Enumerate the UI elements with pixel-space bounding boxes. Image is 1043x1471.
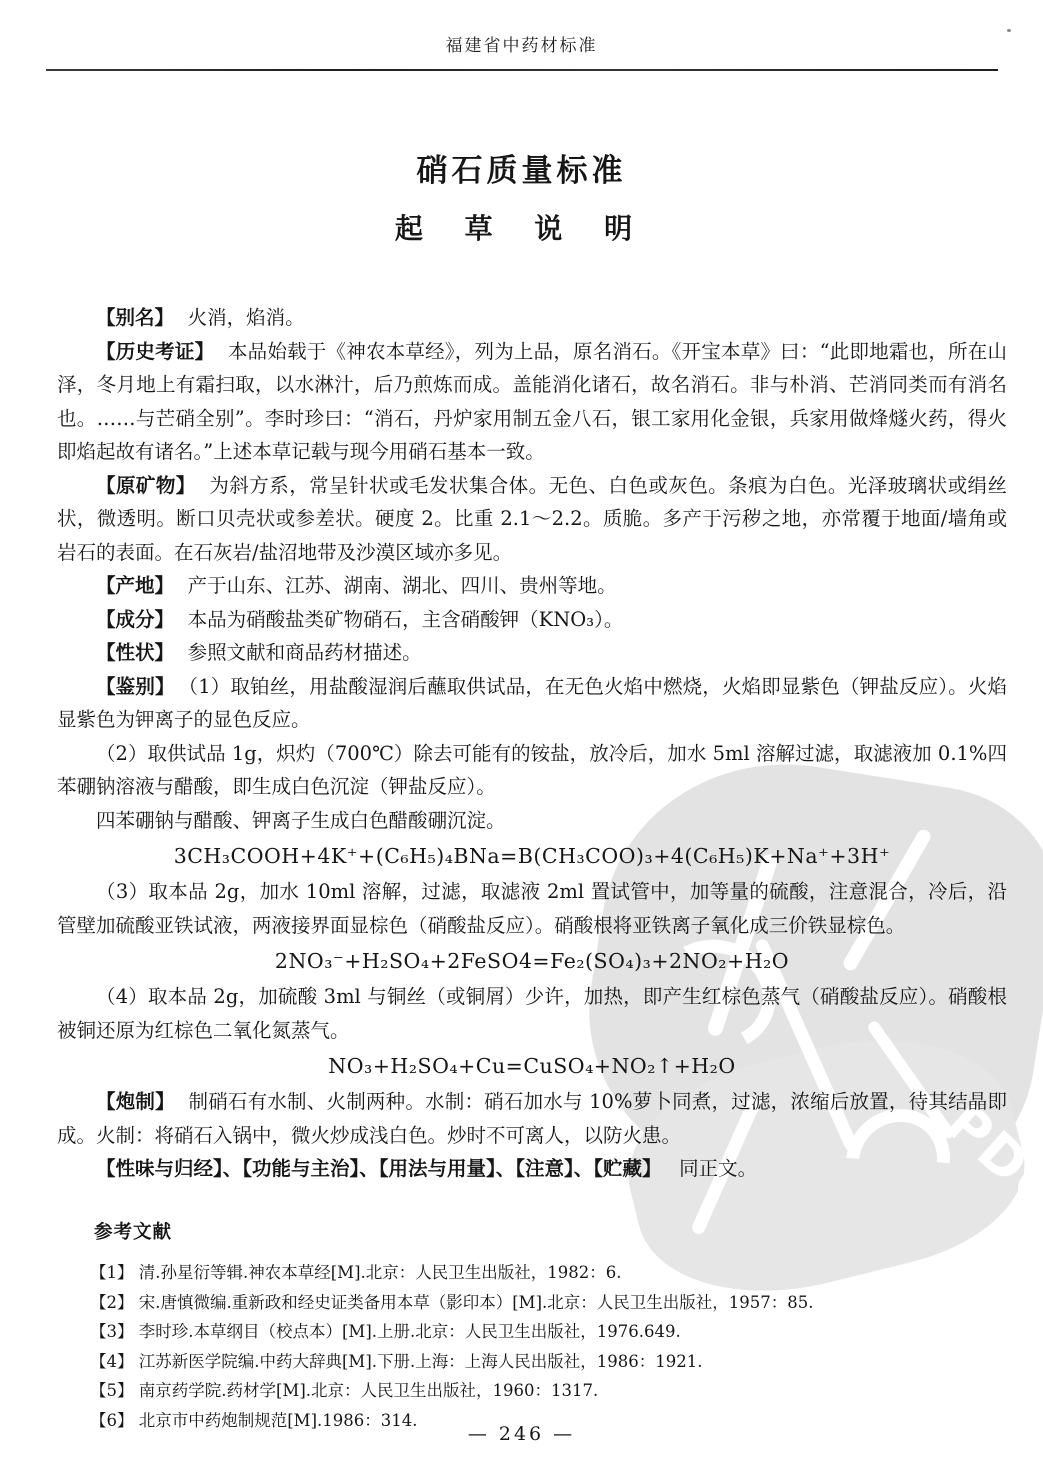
- paragraph-identification-note: 四苯硼钠与醋酸、钾离子生成白色醋酸硼沉淀。: [57, 804, 1007, 838]
- paragraph-text: 同正文。: [679, 1157, 757, 1180]
- paragraph-alias: 【别名】火消，焰消。: [57, 301, 1007, 335]
- paragraph-historical-research: 【历史考证】本品始载于《神农本草经》，列为上品，原名消石。《开宝本草》曰：“此即…: [57, 335, 1007, 469]
- document-body: 【别名】火消，焰消。 【历史考证】本品始载于《神农本草经》，列为上品，原名消石。…: [57, 301, 1007, 1435]
- document-subtitle: 起 草 说 明: [0, 207, 1043, 247]
- equation-tetraphenylborate-reaction: 3CH₃COOH+4K⁺+(C₆H₅)₄BNa=B(CH₃COO)₃+4(C₆H…: [57, 838, 1007, 874]
- paragraph-identification-2: （2）取供试品 1g，炽灼（700℃）除去可能有的铵盐，放冷后，加水 5ml 溶…: [57, 737, 1007, 804]
- paragraph-text: 产于山东、江苏、湖南、湖北、四川、贵州等地。: [188, 574, 617, 597]
- paragraph-cross-reference: 【性味与归经】、【功能与主治】、【用法与用量】、【注意】、【贮藏】同正文。: [57, 1152, 1007, 1186]
- paragraph-text: 四苯硼钠与醋酸、钾离子生成白色醋酸硼沉淀。: [96, 809, 506, 832]
- paragraph-source-mineral: 【原矿物】为斜方系，常呈针状或毛发状集合体。无色、白色或灰色。条痕为白色。光泽玻…: [57, 469, 1007, 570]
- paragraph-text: （1）取铂丝，用盐酸湿润后蘸取供试品，在无色火焰中燃烧，火焰即显紫色（钾盐反应）…: [57, 675, 1007, 732]
- paragraph-text: 火消，焰消。: [188, 306, 305, 329]
- paragraph-text: 本品为硝酸盐类矿物硝石，主含硝酸钾（KNO₃）。: [188, 608, 624, 631]
- section-label-description: 【性状】: [96, 641, 174, 664]
- reference-item-2: 【2】 宋.唐慎微编.重新政和经史证类备用本草（影印本）[M].北京：人民卫生出…: [57, 1288, 1007, 1318]
- section-label-composition: 【成分】: [96, 608, 174, 631]
- paragraph-text: （4）取本品 2g，加硫酸 3ml 与铜丝（或铜屑）少许，加热，即产生红棕色蒸气…: [57, 985, 1007, 1042]
- paragraph-text: （2）取供试品 1g，炽灼（700℃）除去可能有的铵盐，放冷后，加水 5ml 溶…: [57, 742, 1007, 799]
- section-label-processing: 【炮制】: [96, 1090, 175, 1113]
- paragraph-identification-1: 【鉴别】（1）取铂丝，用盐酸湿润后蘸取供试品，在无色火焰中燃烧，火焰即显紫色（钾…: [57, 670, 1007, 737]
- reference-item-3: 【3】 李时珍.本草纲目（校点本）[M].上册.北京：人民卫生出版社，1976.…: [57, 1317, 1007, 1347]
- section-label-historical-research: 【历史考证】: [96, 340, 214, 363]
- paragraph-processing: 【炮制】制硝石有水制、火制两种。水制：硝石加水与 10%萝卜同煮，过滤，浓缩后放…: [57, 1085, 1007, 1152]
- reference-item-1: 【1】 清.孙星衍等辑.神农本草经[M].北京：人民卫生出版社，1982：6.: [57, 1258, 1007, 1288]
- equation-ferrous-sulfate-reaction: 2NO₃⁻+H₂SO₄+2FeSO4=Fe₂(SO₄)₃+2NO₂+H₂O: [57, 943, 1007, 979]
- paragraph-text: 参照文献和商品药材描述。: [188, 641, 422, 664]
- header-rule: [46, 69, 998, 71]
- section-label-identification: 【鉴别】: [96, 675, 175, 698]
- paragraph-text: 为斜方系，常呈针状或毛发状集合体。无色、白色或灰色。条痕为白色。光泽玻璃状或绢丝…: [57, 474, 1007, 564]
- paragraph-composition: 【成分】本品为硝酸盐类矿物硝石，主含硝酸钾（KNO₃）。: [57, 603, 1007, 637]
- scanned-document-page: { "header": { "running_head": "福建省中药材标准"…: [0, 0, 1043, 1471]
- paragraph-text: （3）取本品 2g，加水 10ml 溶解，过滤，取滤液 2ml 置试管中，加等量…: [57, 880, 1007, 937]
- page-number: — 246 —: [0, 1423, 1043, 1445]
- document-title: 硝石质量标准: [0, 145, 1043, 190]
- paragraph-identification-4: （4）取本品 2g，加硫酸 3ml 与铜丝（或铜屑）少许，加热，即产生红棕色蒸气…: [57, 980, 1007, 1047]
- running-head: 福建省中药材标准: [0, 0, 1043, 56]
- section-label-production-area: 【产地】: [96, 574, 174, 597]
- section-label-alias: 【别名】: [96, 306, 174, 329]
- equation-copper-reaction: NO₃+H₂SO₄+Cu=CuSO₄+NO₂↑+H₂O: [57, 1048, 1007, 1084]
- references-heading: 参考文献: [57, 1216, 1007, 1250]
- reference-item-4: 【4】 江苏新医学院编.中药大辞典[M].下册.上海：上海人民出版社，1986：…: [57, 1347, 1007, 1377]
- paragraph-description: 【性状】参照文献和商品药材描述。: [57, 636, 1007, 670]
- section-labels-cross-reference: 【性味与归经】、【功能与主治】、【用法与用量】、【注意】、【贮藏】: [96, 1157, 662, 1180]
- references-section: 参考文献 【1】 清.孙星衍等辑.神农本草经[M].北京：人民卫生出版社，198…: [57, 1216, 1007, 1436]
- paragraph-identification-3: （3）取本品 2g，加水 10ml 溶解，过滤，取滤液 2ml 置试管中，加等量…: [57, 875, 1007, 942]
- reference-item-5: 【5】 南京药学院.药材学[M].北京：人民卫生出版社，1960：1317.: [57, 1376, 1007, 1406]
- paragraph-text: 制硝石有水制、火制两种。水制：硝石加水与 10%萝卜同煮，过滤，浓缩后放置，待其…: [57, 1090, 1007, 1147]
- section-label-source-mineral: 【原矿物】: [96, 474, 196, 497]
- paragraph-production-area: 【产地】产于山东、江苏、湖南、湖北、四川、贵州等地。: [57, 569, 1007, 603]
